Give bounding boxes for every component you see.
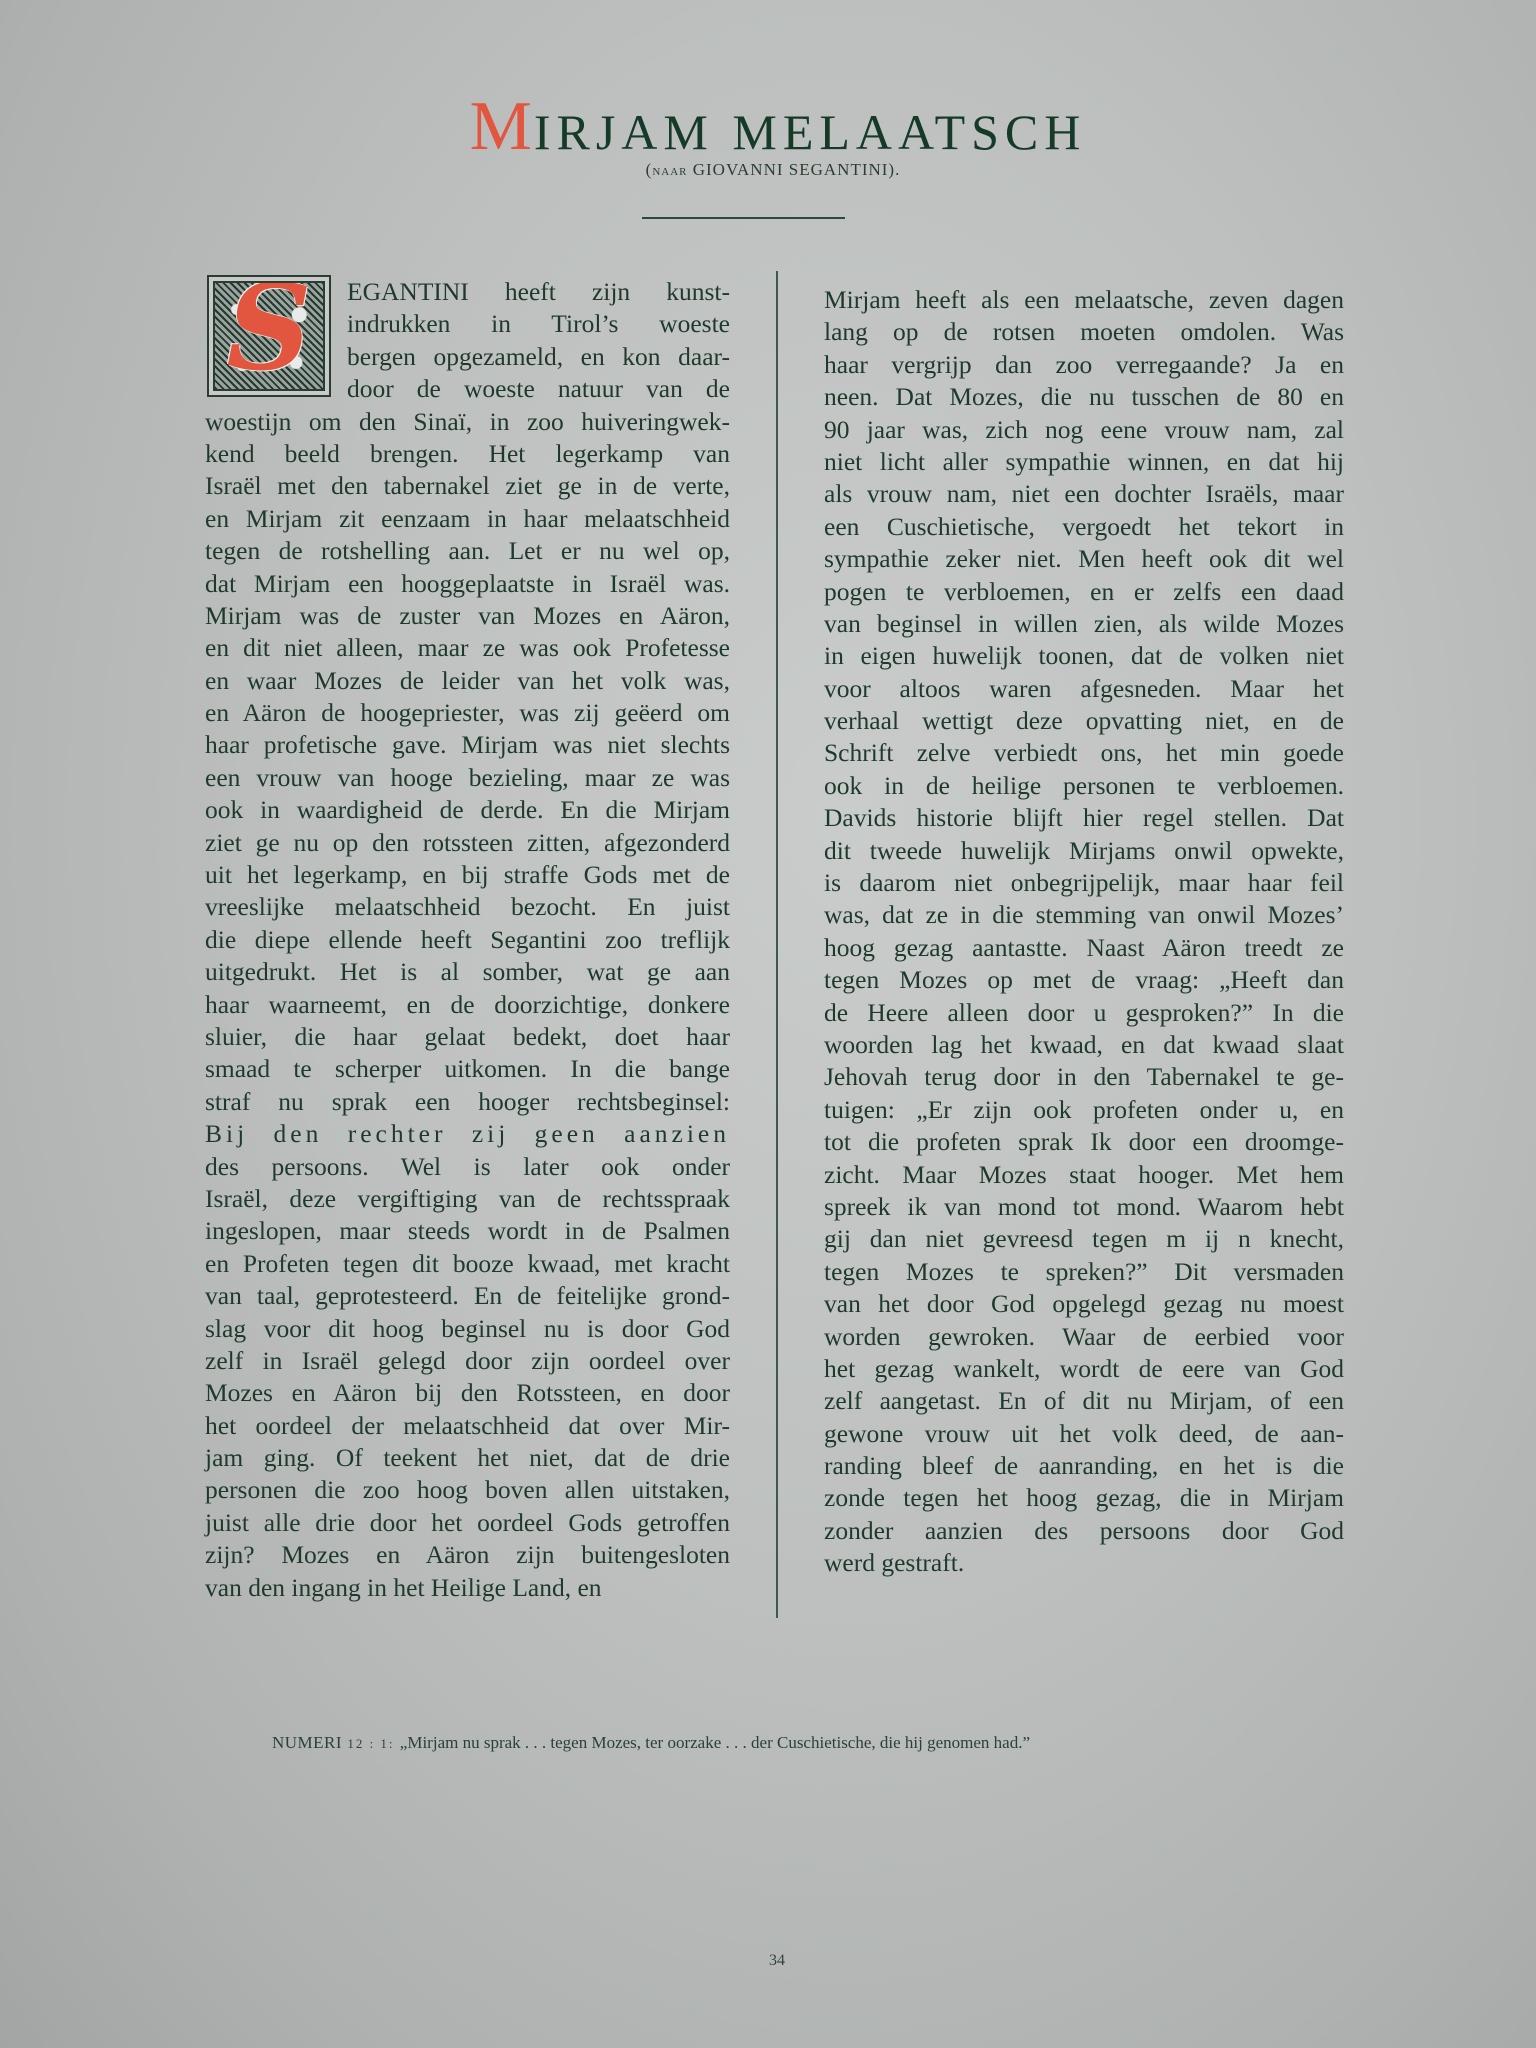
text-line: slag voor dit hoog beginsel nu is door G…	[205, 1313, 730, 1345]
text-line: Israël met den tabernakel ziet ge in de …	[205, 470, 730, 502]
left-text-column: EGANTINI heeft zijn kunst-indrukken in T…	[205, 276, 730, 1604]
text-line: zonde tegen het hoog gezag, die in Mirja…	[824, 1482, 1344, 1514]
text-line: sluier, die haar gelaat bedekt, doet haa…	[205, 1021, 730, 1053]
text-line: van den ingang in het Heilige Land, en	[205, 1572, 730, 1604]
subtitle-smallcaps: NAAR	[652, 166, 687, 178]
text-line: door de woeste natuur van de	[205, 373, 730, 405]
text-line: ook in waardigheid de derde. En die Mirj…	[205, 794, 730, 826]
text-line: Jehovah terug door in den Tabernakel te …	[824, 1061, 1344, 1093]
text-line: neen. Dat Mozes, die nu tusschen de 80 e…	[824, 381, 1344, 413]
text-line: is daarom niet onbegrijpelijk, maar haar…	[824, 867, 1344, 899]
text-line: smaad te scherper uitkomen. In die bange	[205, 1053, 730, 1085]
text-line: tegen Mozes te spreken?” Dit versmaden	[824, 1256, 1344, 1288]
text-line: en waar Mozes de leider van het volk was…	[205, 665, 730, 697]
title-rest: IRJAM MELAATSCH	[534, 104, 1087, 160]
text-line: Mozes en Aäron bij den Rotssteen, en doo…	[205, 1377, 730, 1409]
text-line: van taal, geprotesteerd. En de feitelijk…	[205, 1280, 730, 1312]
text-line: spreek ik van mond tot mond. Waarom hebt	[824, 1191, 1344, 1223]
text-line: van beginsel in willen zien, als wilde M…	[824, 608, 1344, 640]
text-line: randing bleef de aanranding, en het is d…	[824, 1450, 1344, 1482]
text-line: 90 jaar was, zich nog eene vrouw nam, za…	[824, 414, 1344, 446]
text-line: lang op de rotsen moeten omdolen. Was	[824, 316, 1344, 348]
text-line: tuigen: „Er zijn ook profeten onder u, e…	[824, 1094, 1344, 1126]
text-line: woorden lag het kwaad, en dat kwaad slaa…	[824, 1029, 1344, 1061]
text-line: was, dat ze in die stemming van onwil Mo…	[824, 899, 1344, 931]
text-line: Mirjam heeft als een melaatsche, zeven d…	[824, 284, 1344, 316]
text-line: zelf aangetast. En of dit nu Mirjam, of …	[824, 1385, 1344, 1417]
text-line: en Mirjam zit eenzaam in haar melaatschh…	[205, 503, 730, 535]
text-line: Davids historie blijft hier regel stelle…	[824, 802, 1344, 834]
text-line: van het door God opgelegd gezag nu moest	[824, 1288, 1344, 1320]
text-line: haar waarneemt, en de doorzichtige, donk…	[205, 989, 730, 1021]
text-line: die diepe ellende heeft Segantini zoo tr…	[205, 924, 730, 956]
text-line: ziet ge nu op den rotssteen zitten, afge…	[205, 827, 730, 859]
text-line: juist alle drie door het oordeel Gods ge…	[205, 1507, 730, 1539]
column-divider	[776, 271, 778, 1618]
text-line: zijn? Mozes en Aäron zijn buitengesloten	[205, 1539, 730, 1571]
title-divider	[642, 217, 845, 219]
text-line: zonder aanzien des persoons door God	[824, 1515, 1344, 1547]
text-line: verhaal wettigt deze opvatting niet, en …	[824, 705, 1344, 737]
text-line: dat Mirjam een hooggeplaatste in Israël …	[205, 568, 730, 600]
text-line: gewone vrouw uit het volk deed, de aan-	[824, 1418, 1344, 1450]
text-line: gij dan niet gevreesd tegen m ij n knech…	[824, 1223, 1344, 1255]
caption-verse: 12 : 1:	[342, 1736, 400, 1751]
subtitle-rest: GIOVANNI SEGANTINI).	[687, 160, 900, 179]
page-title: MIRJAM MELAATSCH	[0, 92, 1536, 162]
text-line: voor altoos waren afgesneden. Maar het	[824, 673, 1344, 705]
title-initial: M	[470, 88, 534, 165]
text-line: jam ging. Of teekent het niet, dat de dr…	[205, 1442, 730, 1474]
text-line: en Profeten tegen dit booze kwaad, met k…	[205, 1248, 730, 1280]
text-line: tegen Mozes op met de vraag: „Heeft dan	[824, 964, 1344, 996]
text-line: Israël, deze vergiftiging van de rechtss…	[205, 1183, 730, 1215]
text-line: vreeslijke melaatschheid bezocht. En jui…	[205, 891, 730, 923]
text-line: sympathie zeker niet. Men heeft ook dit …	[824, 543, 1344, 575]
text-line: indrukken in Tirol’s woeste	[205, 308, 730, 340]
bible-reference-caption: NUMERI 12 : 1: „Mirjam nu sprak . . . te…	[272, 1733, 1292, 1753]
text-line: zelf in Israël gelegd door zijn oordeel …	[205, 1345, 730, 1377]
text-line: in eigen huwelijk toonen, dat de volken …	[824, 640, 1344, 672]
text-line: als vrouw nam, niet een dochter Israëls,…	[824, 478, 1344, 510]
right-text-column: Mirjam heeft als een melaatsche, zeven d…	[824, 284, 1344, 1580]
text-line: tegen de rotshelling aan. Let er nu wel …	[205, 535, 730, 567]
text-line: personen die zoo hoog boven allen uitsta…	[205, 1474, 730, 1506]
text-line: kend beeld brengen. Het legerkamp van	[205, 438, 730, 470]
text-line: bergen opgezameld, en kon daar-	[205, 341, 730, 373]
page-number: 34	[0, 1952, 1536, 1970]
text-line: woestijn om den Sinaï, in zoo huiveringw…	[205, 406, 730, 438]
text-line: de Heere alleen door u gesproken?” In di…	[824, 997, 1344, 1029]
text-line: EGANTINI heeft zijn kunst-	[205, 276, 730, 308]
text-line: ook in de heilige personen te verbloemen…	[824, 770, 1344, 802]
caption-book: NUMERI	[272, 1733, 342, 1752]
text-line: straf nu sprak een hooger rechtsbeginsel…	[205, 1086, 730, 1118]
text-line: werd gestraft.	[824, 1547, 1344, 1579]
text-line: des persoons. Wel is later ook onder	[205, 1151, 730, 1183]
text-line: uitgedrukt. Het is al somber, wat ge aan	[205, 956, 730, 988]
text-line: uit het legerkamp, en bij straffe Gods m…	[205, 859, 730, 891]
text-line: zicht. Maar Mozes staat hooger. Met hem	[824, 1159, 1344, 1191]
page-subtitle: (NAAR GIOVANNI SEGANTINI).	[0, 160, 1536, 180]
text-line: tot die profeten sprak Ik door een droom…	[824, 1126, 1344, 1158]
text-line: Bij den rechter zij geen aanzien	[205, 1118, 730, 1150]
text-line: niet licht aller sympathie winnen, en da…	[824, 446, 1344, 478]
caption-quote: „Mirjam nu sprak . . . tegen Mozes, ter …	[400, 1733, 1030, 1752]
text-line: het gezag wankelt, wordt de eere van God	[824, 1353, 1344, 1385]
text-line: pogen te verbloemen, en er zelfs een daa…	[824, 576, 1344, 608]
text-line: het oordeel der melaatschheid dat over M…	[205, 1410, 730, 1442]
text-line: dit tweede huwelijk Mirjams onwil opwekt…	[824, 835, 1344, 867]
text-line: en Aäron de hoogepriester, was zij geëer…	[205, 697, 730, 729]
text-line: worden gewroken. Waar de eerbied voor	[824, 1321, 1344, 1353]
text-line: Mirjam was de zuster van Mozes en Aäron,	[205, 600, 730, 632]
text-line: een vrouw van hooge bezieling, maar ze w…	[205, 762, 730, 794]
text-line: Schrift zelve verbiedt ons, het min goed…	[824, 737, 1344, 769]
text-line: ingeslopen, maar steeds wordt in de Psal…	[205, 1215, 730, 1247]
text-line: haar vergrijp dan zoo verregaande? Ja en	[824, 349, 1344, 381]
text-line: en dit niet alleen, maar ze was ook Prof…	[205, 632, 730, 664]
text-line: hoog gezag aantastte. Naast Aäron treedt…	[824, 932, 1344, 964]
text-line: een Cuschietische, vergoedt het tekort i…	[824, 511, 1344, 543]
book-page: MIRJAM MELAATSCH (NAAR GIOVANNI SEGANTIN…	[0, 0, 1536, 2048]
text-line: haar profetische gave. Mirjam was niet s…	[205, 729, 730, 761]
